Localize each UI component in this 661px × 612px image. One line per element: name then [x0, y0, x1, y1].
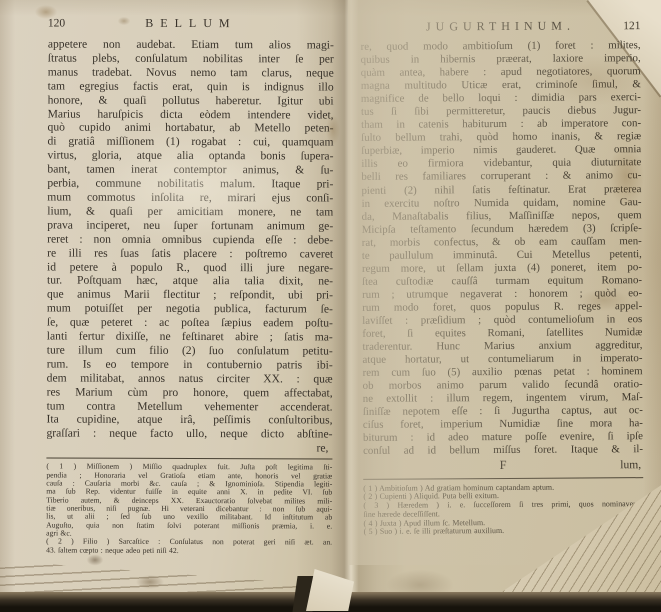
signature-row: F lum, — [363, 458, 643, 473]
footnote-rule — [363, 477, 643, 480]
signature-mark: F — [363, 458, 643, 473]
text-line: ſtratus plebs, conſulatum nobilitas inte… — [48, 51, 334, 66]
right-page: JUGURTHINUM. 121 re, quod modo ambitioſu… — [360, 18, 643, 537]
text-line: lium, & quaſi per amicitiam monere, ne t… — [47, 204, 333, 219]
text-line: tum contra Metellum vehementer accendera… — [47, 399, 333, 414]
running-title-left: BELLUM — [88, 16, 294, 32]
gutter-bottom-shadow — [292, 576, 317, 612]
footnote-line: ( 5 ) Suo ) i. e. ſe illi præſtaturum au… — [364, 527, 644, 538]
text-line: honore, & quaſi pollutus haberetur. Igit… — [48, 93, 334, 108]
text-line: graſſari : neque facto ullo, neque dicto… — [46, 427, 332, 442]
text-line: Micipſa teſtamento ſecundum hæredem (3) … — [362, 222, 642, 237]
text-line: que animus Marii flectitur ; reſpondit, … — [47, 288, 333, 303]
text-line: tur. Poſtquam hæc, atque alia talia dixi… — [47, 274, 333, 289]
text-line: manus tradebat. Novus nemo tam clarus, n… — [48, 65, 334, 80]
text-line: res Marium cùm pro honore, quem affectab… — [47, 385, 333, 400]
text-line: di gratiâ miſſionem (1) rogabat : cui, q… — [47, 135, 333, 150]
text-line: da, Manaſtabalis filius, Maſſiniſſæ nepo… — [362, 209, 642, 224]
catchword-row-left: re, — [46, 441, 332, 456]
text-line: re illi res ſuas ſatis placere : poſtrem… — [47, 246, 333, 261]
text-line: dem militabat, annos natus circiter XX. … — [47, 371, 333, 386]
text-line: in exercitu noſtro Numida quidam, nomine… — [362, 196, 642, 211]
text-line: mum commotus inſolita re, mirari ejus co… — [47, 190, 333, 205]
right-page-header: JUGURTHINUM. 121 — [360, 18, 640, 34]
running-title-right: JUGURTHINUM. — [400, 18, 600, 34]
text-line: conſul ad id bellum miſſus foret. Itaque… — [363, 444, 643, 459]
text-line: ſe, quæ peteret : ac poſtea ſæpius eadem… — [47, 316, 333, 331]
text-line: belli res familiares corruperant : & ani… — [361, 170, 641, 185]
text-line: mum potuiſſet per negotia publica, factu… — [47, 302, 333, 317]
text-line: bant, tamen inerat contemptor animus, & … — [47, 163, 333, 178]
right-page-body: re, quod modo ambitioſum (1) foret : mil… — [361, 39, 644, 458]
left-page-footnotes: ( 1 ) Miſſionem ) Miſſio quadruplex fuit… — [46, 463, 332, 556]
footnote-line: 43. ſaltem cœpto : neque adeo peti niſi … — [46, 546, 332, 555]
page-number-left: 120 — [48, 18, 88, 30]
right-page-footnotes: ( 1 ) Ambitioſum ) Ad gratiam hominum ca… — [363, 483, 643, 537]
left-page: 120 BELLUM appetere non audebat. Etiam t… — [46, 16, 334, 556]
left-page-header: 120 BELLUM — [48, 16, 334, 31]
text-line: reret : non omnia omnibus cupienda eſſe … — [47, 232, 333, 247]
page-number-right: 121 — [600, 20, 640, 32]
text-line: perbia, commune nobilitatis malum. Itaqu… — [47, 177, 333, 192]
table-shadow — [0, 592, 661, 612]
text-line: virtus, gloria, atque alia optanda bonis… — [47, 149, 333, 164]
page-edge-lines-bottom-left — [0, 552, 345, 612]
text-line: quò cupido animi hortabatur, ab Metello … — [48, 121, 334, 136]
text-line: Ita cupidine, atque irâ, peſſimis conſul… — [47, 413, 333, 428]
bottom-corner-fold — [306, 569, 354, 611]
footnote-rule — [46, 458, 332, 460]
catchword: re, — [317, 442, 329, 455]
text-line: id petere à populo R., quod illi jure ne… — [47, 260, 333, 275]
text-line: appetere non audebat. Etiam tum alios ma… — [48, 38, 334, 53]
text-line: ture illum cum filio (2) ſuo conſulatum … — [47, 343, 333, 358]
footnote-line: Auguſto, quia non ſtatim ſolvi poterant … — [46, 521, 332, 530]
text-line: prava inciperet, neu ſuper fortunam anim… — [47, 218, 333, 233]
left-page-body: appetere non audebat. Etiam tum alios ma… — [46, 38, 333, 442]
book-scan: 120 BELLUM appetere non audebat. Etiam t… — [0, 0, 661, 612]
text-line: rum. Is eo tempore in contubernio patris… — [47, 357, 333, 372]
text-line: pienti (2) nihil ſatis feſtinatur. Erat … — [361, 183, 641, 198]
text-line: tam egregius factis erat, quin is indign… — [48, 79, 334, 94]
text-line: Marius haruſpicis dicta eòdem intendere … — [48, 107, 334, 122]
text-line: lanti fertur dixiſſe, ne feſtinaret abir… — [47, 330, 333, 345]
